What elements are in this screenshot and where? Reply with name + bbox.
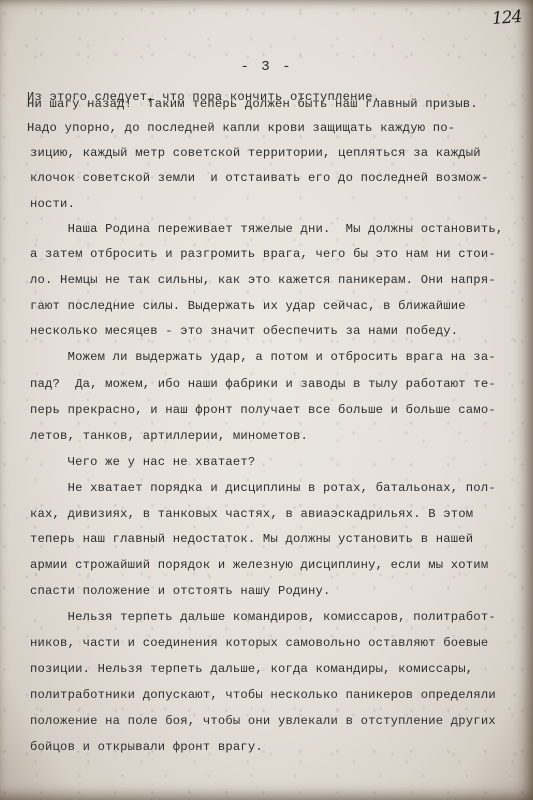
text-line: ников, части и соединения которых самово… (30, 636, 488, 650)
text-line: политработники допускают, чтобы нескольк… (30, 688, 496, 702)
text-line: Ни шагу назад! Таким теперь должен быть … (27, 97, 478, 111)
paper-texture (0, 0, 533, 800)
text-line: Наша Родина переживает тяжелые дни. Мы д… (30, 222, 503, 236)
text-line: ло. Немцы не так сильны, как это кажется… (30, 273, 496, 287)
page-number: - 3 - (0, 59, 533, 75)
text-line: несколько месяцев - это значит обеспечит… (30, 324, 458, 338)
text-line: бойцов и открывали фронт врагу. (30, 740, 263, 754)
text-line: ности. (30, 197, 75, 211)
text-line: Не хватает порядка и дисциплины в ротах,… (30, 481, 496, 495)
text-line: спасти положение и отстоять нашу Родину. (30, 584, 331, 598)
text-line: ках, дивизиях, в танковых частях, в авиа… (30, 507, 473, 521)
text-line: Нельзя терпеть дальше командиров, комисс… (30, 610, 496, 624)
document-page: 124 - 3 - Из этого следует, что пора кон… (0, 0, 533, 800)
text-line: армии строжайший порядок и железную дисц… (30, 558, 488, 572)
text-line: позиции. Нельзя терпеть дальше, когда ко… (30, 662, 473, 676)
text-line: клочок советской земли и отстаивать его … (30, 171, 488, 185)
text-line: а затем отбросить и разгромить врага, че… (30, 247, 496, 261)
text-line: перь прекрасно, и наш фронт получает все… (30, 403, 496, 417)
text-line: Можем ли выдержать удар, а потом и отбро… (30, 350, 496, 364)
text-line: положение на поле боя, чтобы они увлекал… (30, 714, 496, 728)
archive-folio-number: 124 (491, 7, 522, 29)
text-line: пад? Да, можем, ибо наши фабрики и завод… (30, 377, 496, 391)
text-line: гают последние силы. Выдержать их удар с… (30, 299, 466, 313)
text-line: Надо упорно, до последней капли крови за… (27, 121, 455, 135)
text-line: Чего же у нас не хватает? (30, 455, 255, 469)
text-line: летов, танков, артиллерии, минометов. (30, 429, 308, 443)
text-line: зицию, каждый метр советской территории,… (30, 146, 481, 160)
text-line: теперь наш главный недостаток. Мы должны… (30, 532, 473, 546)
